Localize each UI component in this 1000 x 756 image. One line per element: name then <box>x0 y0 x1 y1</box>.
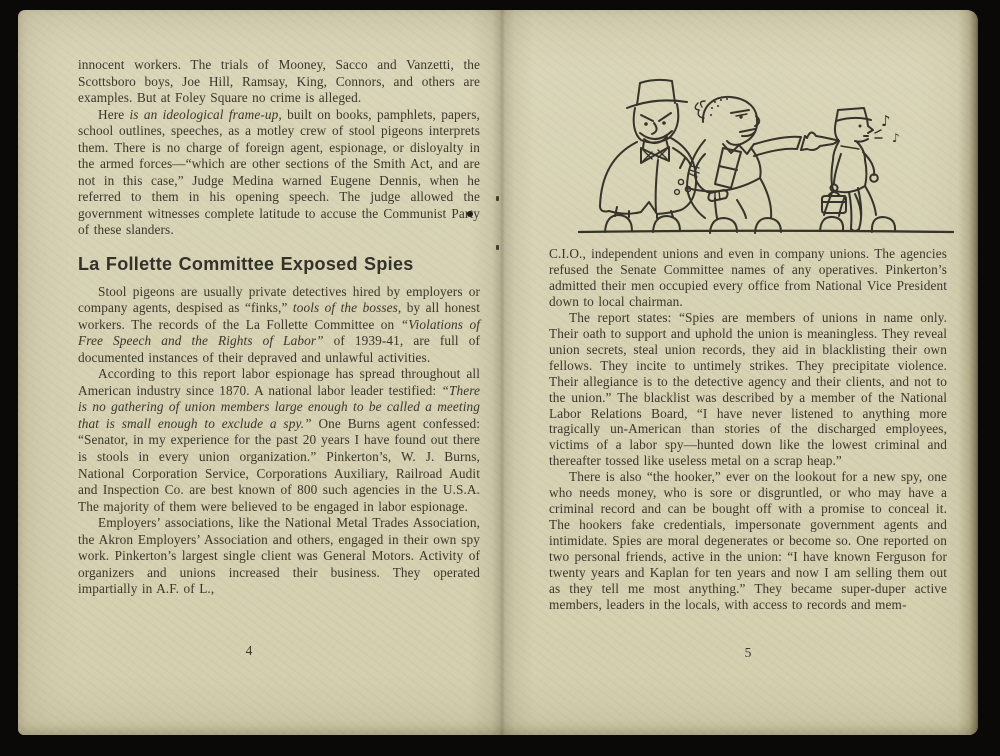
cartoon-illustration: ♪ ♪ <box>565 60 965 240</box>
staple-mark <box>496 196 499 201</box>
page-number-left: 4 <box>219 643 279 659</box>
section-heading: La Follette Committee Exposed Spies <box>78 256 480 273</box>
paragraph: innocent workers. The trials of Mooney, … <box>78 57 480 107</box>
paragraph: Stool pigeons are usually private detect… <box>78 284 480 367</box>
scanned-book-photo: { "palette":{ "background_color":"#0a090… <box>0 0 1000 756</box>
right-page-text: C.I.O., independent unions and even in c… <box>549 246 947 613</box>
paragraph: Employers’ associations, like the Nation… <box>78 515 480 598</box>
music-note-icon: ♪ <box>892 131 900 145</box>
page-number-right: 5 <box>718 645 778 661</box>
music-note-icon: ♪ <box>881 112 891 130</box>
left-page-text: innocent workers. The trials of Mooney, … <box>78 57 480 598</box>
ink-dot <box>467 211 473 217</box>
paragraph: C.I.O., independent unions and even in c… <box>549 246 947 310</box>
capitalist-figure <box>600 80 699 232</box>
paragraph: The report states: “Spies are members of… <box>549 310 947 470</box>
staple-mark <box>496 245 499 250</box>
paragraph: Here is an ideological frame-up, built o… <box>78 107 480 239</box>
book-spread: innocent workers. The trials of Mooney, … <box>18 10 978 735</box>
paragraph: According to this report labor espionage… <box>78 366 480 515</box>
ground-line <box>579 231 953 232</box>
stool-pigeon-figure <box>687 97 837 233</box>
paragraph: There is also “the hooker,” ever on the … <box>549 469 947 613</box>
